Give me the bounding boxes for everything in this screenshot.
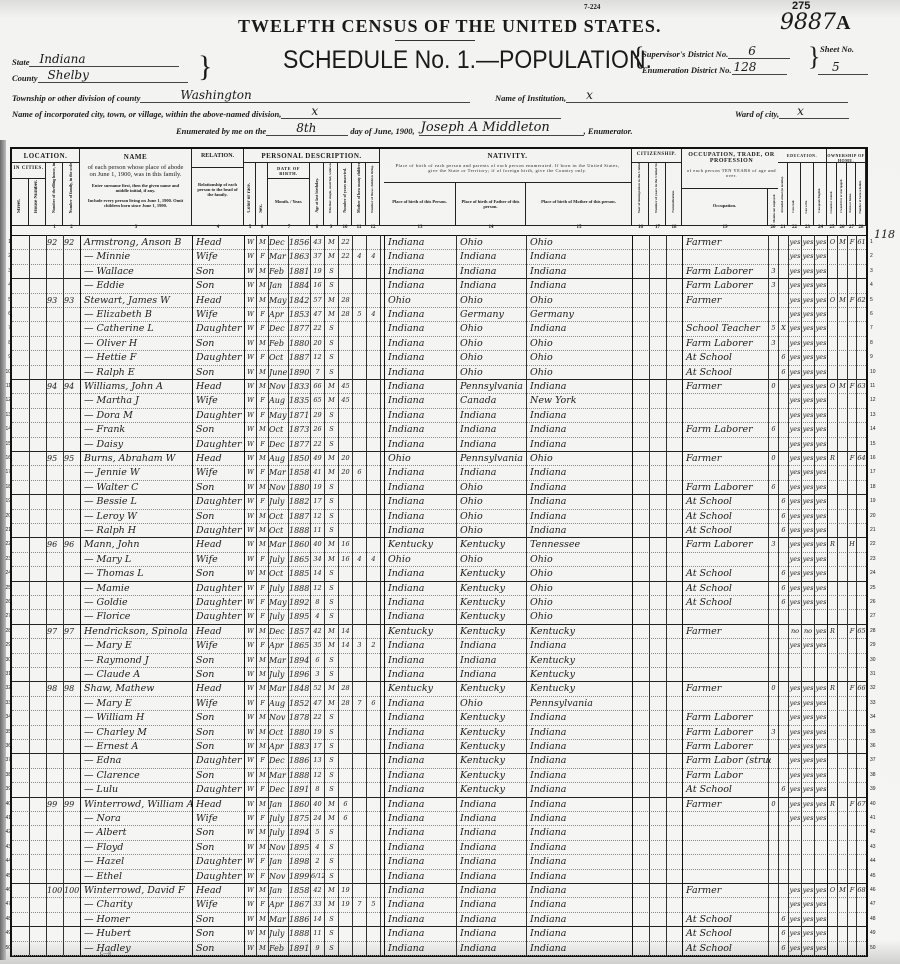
- cell-sex: M: [257, 537, 268, 551]
- cell-dw: [47, 941, 63, 955]
- cell-rel: Son: [193, 725, 247, 739]
- cell-fs: [857, 249, 866, 263]
- cell-read: yes: [789, 494, 801, 508]
- cell-pob: Indiana: [385, 465, 459, 479]
- cell-read: yes: [789, 393, 801, 407]
- cell-pob: Indiana: [385, 278, 459, 292]
- cell-name: — William H: [81, 710, 195, 724]
- cell-dw: [47, 840, 63, 854]
- cell-sch: [779, 768, 788, 782]
- cell-fs: [857, 638, 866, 652]
- cell-eng: yes: [815, 912, 827, 926]
- cell-mpob: Indiana: [527, 264, 635, 278]
- cell-age: 35: [311, 638, 324, 652]
- supervisor-value: 6: [748, 44, 756, 58]
- cell-dw: [47, 393, 63, 407]
- cell-color: W: [245, 883, 256, 897]
- cell-mort: [838, 422, 847, 436]
- enumerated-field: Enumerated by me on the 8th day of June,…: [176, 121, 633, 136]
- cell-eng: yes: [815, 451, 827, 465]
- cell-mort: [838, 941, 847, 955]
- line-number: 7: [3, 325, 11, 331]
- cell-eng: yes: [815, 422, 827, 436]
- cell-fam: [64, 811, 80, 825]
- cell-age: 41: [311, 465, 324, 479]
- line-number-right: 22: [870, 541, 876, 547]
- cell-fs: [857, 321, 866, 335]
- cell-sex: F: [257, 638, 268, 652]
- table-row: 99— Hettie FDaughterWFOct188712SIndianaO…: [12, 350, 866, 365]
- cell-mpob: Ohio: [527, 235, 635, 249]
- cell-name: Stewart, James W: [81, 293, 195, 307]
- cell-dw: [47, 581, 63, 595]
- cell-sex: M: [257, 797, 268, 811]
- cell-sch: [779, 825, 788, 839]
- cell-color: W: [245, 782, 256, 796]
- cell-pob: Indiana: [385, 235, 459, 249]
- header-marital-status: Whether single, married, widowed, or div…: [324, 163, 338, 225]
- cell-dw: [47, 609, 63, 623]
- cell-dw: [47, 667, 63, 681]
- cell-mc: [353, 883, 366, 897]
- cell-farm: [848, 710, 856, 724]
- cell-rel: Son: [193, 941, 247, 955]
- cell-sch: 6: [779, 509, 788, 523]
- cell-age: 12: [311, 350, 324, 364]
- cell-sex: M: [257, 667, 268, 681]
- cell-ym: [339, 422, 352, 436]
- cell-fpob: Indiana: [457, 926, 529, 940]
- table-row: 3434— William HSonWMNov187822SIndianaKen…: [12, 710, 866, 725]
- line-number-right: 27: [870, 613, 876, 619]
- cell-age: 47: [311, 696, 324, 710]
- cell-ym: [339, 321, 352, 335]
- line-number: 48: [3, 916, 11, 922]
- cell-age: 2: [311, 854, 324, 868]
- cell-name: — Mary E: [81, 638, 195, 652]
- header-years-married: Number of years married.: [338, 163, 352, 225]
- cell-dw: [47, 854, 63, 868]
- cell-pob: Indiana: [385, 422, 459, 436]
- cell-eng: [815, 653, 827, 667]
- cell-cl: [367, 393, 380, 407]
- column-divider: [324, 235, 325, 955]
- cell-mne: [769, 869, 778, 883]
- cell-read: yes: [789, 883, 801, 897]
- cell-name: — Daisy: [81, 437, 195, 451]
- cell-fam: [64, 609, 80, 623]
- cell-fpob: Kentucky: [457, 753, 529, 767]
- cell-occ: [683, 408, 771, 422]
- cell-cl: [367, 336, 380, 350]
- cell-name: — Charley M: [81, 725, 195, 739]
- cell-sch: [779, 840, 788, 854]
- line-number-right: 36: [870, 743, 876, 749]
- cell-sch: 6: [779, 595, 788, 609]
- line-number: 18: [3, 484, 11, 490]
- cell-eng: yes: [815, 739, 827, 753]
- line-number: 13: [3, 412, 11, 418]
- cell-age: 47: [311, 307, 324, 321]
- cell-fpob: Indiana: [457, 825, 529, 839]
- cell-fs: [857, 710, 866, 724]
- cell-dw: 99: [47, 797, 63, 811]
- header-house-number: House Number.: [29, 179, 46, 225]
- cell-mne: 0: [769, 451, 778, 465]
- cell-dw: [47, 249, 63, 263]
- cell-fs: [857, 494, 866, 508]
- cell-eng: yes: [815, 624, 827, 638]
- cell-age: 19: [311, 725, 324, 739]
- cell-fpob: Kentucky: [457, 609, 529, 623]
- group-education: EDUCATION.: [778, 149, 827, 163]
- cell-ym: [339, 278, 352, 292]
- cell-fam: [64, 595, 80, 609]
- cell-farm: [848, 552, 856, 566]
- cell-year: 1891: [289, 941, 310, 955]
- cell-fs: [857, 912, 866, 926]
- cell-own: [828, 581, 837, 595]
- cell-mne: [769, 753, 778, 767]
- cell-read: yes: [789, 336, 801, 350]
- cell-cl: [367, 681, 380, 695]
- cell-sex: F: [257, 494, 268, 508]
- cell-write: yes: [802, 480, 814, 494]
- line-number-right: 21: [870, 527, 876, 533]
- cell-age: 49: [311, 451, 324, 465]
- cell-fpob: Pennsylvania: [457, 379, 529, 393]
- cell-mpob: Indiana: [527, 494, 635, 508]
- cell-mort: M: [838, 379, 847, 393]
- cell-write: yes: [802, 681, 814, 695]
- line-number: 23: [3, 556, 11, 562]
- cell-year: 1894: [289, 653, 310, 667]
- cell-own: [828, 437, 837, 451]
- cell-own: [828, 941, 837, 955]
- cell-year: 1885: [289, 566, 310, 580]
- cell-cl: [367, 869, 380, 883]
- township-value: Washington: [180, 88, 251, 102]
- cell-mort: [838, 725, 847, 739]
- cell-month: Nov: [269, 869, 288, 883]
- cell-own: [828, 638, 837, 652]
- cell-sch: [779, 797, 788, 811]
- cell-rel: Head: [193, 379, 247, 393]
- column-divider: [384, 235, 385, 955]
- cell-fs: [857, 768, 866, 782]
- line-number-right: 31: [870, 671, 876, 677]
- column-number: 22: [788, 225, 801, 230]
- cell-eng: yes: [815, 321, 827, 335]
- cell-fam: [64, 897, 80, 911]
- line-number: 11: [3, 383, 11, 389]
- enumerator-name: Joseph A Middleton: [421, 120, 550, 135]
- cell-write: yes: [802, 725, 814, 739]
- cell-ms: S: [325, 768, 338, 782]
- cell-month: Dec: [269, 235, 288, 249]
- cell-occ: At School: [683, 365, 771, 379]
- census-page: 7-224 275 9887A TWELFTH CENSUS OF THE UN…: [0, 0, 900, 964]
- cell-eng: yes: [815, 293, 827, 307]
- cell-mort: [838, 926, 847, 940]
- cell-mne: [769, 509, 778, 523]
- cell-farm: [848, 753, 856, 767]
- cell-fpob: Indiana: [457, 264, 529, 278]
- cell-sch: [779, 278, 788, 292]
- cell-ms: S: [325, 941, 338, 955]
- column-divider: [352, 235, 353, 955]
- cell-fpob: Indiana: [457, 840, 529, 854]
- cell-farm: [848, 264, 856, 278]
- line-number: 4: [3, 282, 11, 288]
- sheet-label: Sheet No.: [820, 44, 854, 54]
- cell-mne: [769, 408, 778, 422]
- cell-read: yes: [789, 782, 801, 796]
- cell-read: no: [789, 624, 801, 638]
- cell-color: W: [245, 624, 256, 638]
- cell-fam: 100: [64, 883, 80, 897]
- cell-rel: Head: [193, 451, 247, 465]
- cell-rel: Son: [193, 710, 247, 724]
- cell-year: 1875: [289, 811, 310, 825]
- cell-own: [828, 897, 837, 911]
- cell-color: W: [245, 293, 256, 307]
- cell-farm: [848, 869, 856, 883]
- cell-ms: M: [325, 897, 338, 911]
- cell-ms: S: [325, 321, 338, 335]
- cell-mpob: Indiana: [527, 379, 635, 393]
- cell-fam: [64, 523, 80, 537]
- cell-mort: [838, 710, 847, 724]
- cell-fpob: Kentucky: [457, 566, 529, 580]
- cell-write: yes: [802, 523, 814, 537]
- cell-color: W: [245, 509, 256, 523]
- column-number: 1: [46, 225, 63, 230]
- cell-ms: S: [325, 422, 338, 436]
- cell-own: [828, 710, 837, 724]
- cell-eng: yes: [815, 350, 827, 364]
- cell-sch: [779, 465, 788, 479]
- header-street: Street.: [12, 179, 29, 225]
- cell-mc: [353, 797, 366, 811]
- name-note-2: Include every person living on June 1, 1…: [86, 198, 185, 208]
- cell-mort: [838, 336, 847, 350]
- cell-rel: Wife: [193, 465, 247, 479]
- cell-sex: F: [257, 350, 268, 364]
- cell-name: — Nora: [81, 811, 195, 825]
- cell-write: yes: [802, 811, 814, 825]
- cell-ms: S: [325, 350, 338, 364]
- cell-color: W: [245, 797, 256, 811]
- cell-ym: [339, 336, 352, 350]
- cell-mpob: Indiana: [527, 480, 635, 494]
- cell-year: 1860: [289, 537, 310, 551]
- cell-mpob: Indiana: [527, 854, 635, 868]
- cell-month: July: [269, 552, 288, 566]
- cell-eng: yes: [815, 365, 827, 379]
- cell-fam: [64, 854, 80, 868]
- ward-value: x: [797, 104, 804, 118]
- cell-month: Oct: [269, 422, 288, 436]
- cell-fpob: Indiana: [457, 422, 529, 436]
- cell-month: Mar: [269, 768, 288, 782]
- table-row: 4848— HomerSonWMMar188614SIndianaIndiana…: [12, 912, 866, 927]
- cell-ym: 45: [339, 379, 352, 393]
- header-relation: RELATION. Relationship of each person to…: [192, 149, 244, 225]
- cell-read: yes: [789, 739, 801, 753]
- cell-write: yes: [802, 293, 814, 307]
- cell-read: yes: [789, 897, 801, 911]
- cell-write: [802, 667, 814, 681]
- cell-ym: 28: [339, 696, 352, 710]
- cell-pob: Indiana: [385, 941, 459, 955]
- cell-ym: [339, 753, 352, 767]
- table-row: 2626— GoldieDaughterWFMay18928SIndianaKe…: [12, 595, 866, 610]
- cell-rel: Wife: [193, 638, 247, 652]
- cell-color: W: [245, 681, 256, 695]
- column-divider: [526, 235, 527, 955]
- line-number-right: 30: [870, 657, 876, 663]
- cell-name: — Ernest A: [81, 739, 195, 753]
- cell-mc: 4: [353, 249, 366, 263]
- cell-month: July: [269, 581, 288, 595]
- cell-dw: [47, 825, 63, 839]
- cell-fam: [64, 278, 80, 292]
- cell-mc: [353, 451, 366, 465]
- cell-farm: [848, 336, 856, 350]
- cell-sch: 6: [779, 581, 788, 595]
- cell-mpob: Ohio: [527, 293, 635, 307]
- cell-mc: [353, 278, 366, 292]
- line-number-right: 9: [870, 354, 873, 360]
- cell-mc: [353, 782, 366, 796]
- cell-rel: Wife: [193, 696, 247, 710]
- cell-mpob: Indiana: [527, 278, 635, 292]
- cell-pob: Indiana: [385, 768, 459, 782]
- cell-dw: 98: [47, 681, 63, 695]
- line-number-right: 39: [870, 786, 876, 792]
- cell-dw: 96: [47, 537, 63, 551]
- table-row: 1818— Walter CSonWMNov188019SIndianaOhio…: [12, 480, 866, 495]
- line-number-right: 49: [870, 930, 876, 936]
- cell-age: 20: [311, 336, 324, 350]
- cell-mort: [838, 739, 847, 753]
- cell-mne: [769, 912, 778, 926]
- cell-age: 43: [311, 235, 324, 249]
- cell-mpob: Tennessee: [527, 537, 635, 551]
- cell-occ: At School: [683, 782, 771, 796]
- line-number-right: 40: [870, 801, 876, 807]
- group-in-cities: IN CITIES.: [12, 163, 46, 179]
- cell-fpob: Kentucky: [457, 768, 529, 782]
- group-personal-description: PERSONAL DESCRIPTION.: [244, 149, 380, 163]
- cell-cl: [367, 768, 380, 782]
- cell-sex: M: [257, 725, 268, 739]
- cell-rel: Son: [193, 336, 247, 350]
- cell-year: 1892: [289, 595, 310, 609]
- cell-occ: At School: [683, 566, 771, 580]
- cell-read: yes: [789, 797, 801, 811]
- table-row: 1515— DaisyDaughterWFDec187722SIndianaIn…: [12, 437, 866, 452]
- cell-ym: [339, 768, 352, 782]
- column-divider: [778, 235, 779, 955]
- cell-color: W: [245, 926, 256, 940]
- cell-age: 42: [311, 624, 324, 638]
- enumerated-day: 8th: [296, 121, 316, 135]
- header-color: Color or race.: [244, 163, 256, 225]
- cell-month: Nov: [269, 480, 288, 494]
- cell-color: W: [245, 321, 256, 335]
- column-divider: [456, 235, 457, 955]
- cell-fpob: Indiana: [457, 278, 529, 292]
- cell-mort: M: [838, 883, 847, 897]
- cell-farm: [848, 278, 856, 292]
- cell-sex: F: [257, 437, 268, 451]
- cell-sch: [779, 609, 788, 623]
- cell-cl: 6: [367, 696, 380, 710]
- cell-pob: Indiana: [385, 739, 459, 753]
- line-number-right: 8: [870, 340, 873, 346]
- cell-ym: 6: [339, 811, 352, 825]
- cell-month: Feb: [269, 264, 288, 278]
- cell-year: 1899: [289, 869, 310, 883]
- cell-ym: [339, 509, 352, 523]
- cell-mc: [353, 840, 366, 854]
- cell-fam: [64, 581, 80, 595]
- cell-read: yes: [789, 264, 801, 278]
- cell-farm: [848, 595, 856, 609]
- table-row: 28289797Hendrickson, SpinolaHeadWMDec185…: [12, 624, 866, 639]
- cell-ym: [339, 408, 352, 422]
- cell-occ: [683, 854, 771, 868]
- cell-cl: [367, 408, 380, 422]
- cell-mort: [838, 321, 847, 335]
- cell-cl: 4: [367, 249, 380, 263]
- cell-read: [789, 854, 801, 868]
- cell-fpob: Indiana: [457, 854, 529, 868]
- cell-read: [789, 609, 801, 623]
- cell-mne: 5: [769, 321, 778, 335]
- line-number: 37: [3, 757, 11, 763]
- cell-mort: [838, 912, 847, 926]
- county-field: County Shelby: [12, 68, 188, 83]
- cell-rel: Daughter: [193, 494, 247, 508]
- cell-pob: Indiana: [385, 638, 459, 652]
- occupation-heading: OCCUPATION, TRADE, OR PROFESSION: [682, 152, 781, 164]
- cell-ms: M: [325, 465, 338, 479]
- header-col-21: Attended school (in months).: [778, 163, 788, 225]
- cell-age: 42: [311, 883, 324, 897]
- cell-rel: Daughter: [193, 609, 247, 623]
- cell-fam: [64, 941, 80, 955]
- cell-fs: [857, 739, 866, 753]
- cell-read: yes: [789, 768, 801, 782]
- cell-fam: [64, 480, 80, 494]
- cell-eng: yes: [815, 566, 827, 580]
- cell-fpob: Indiana: [457, 638, 529, 652]
- cell-fam: [64, 336, 80, 350]
- cell-mort: [838, 609, 847, 623]
- line-number-right: 17: [870, 469, 876, 475]
- table-row: 2323— Mary LWifeWFJuly186534M1644OhioOhi…: [12, 552, 866, 567]
- cell-occ: Farmer: [683, 235, 771, 249]
- cell-farm: [848, 653, 856, 667]
- cell-sch: [779, 667, 788, 681]
- column-number: 20: [768, 225, 778, 230]
- cell-month: July: [269, 811, 288, 825]
- cell-own: [828, 768, 837, 782]
- cell-mne: [769, 566, 778, 580]
